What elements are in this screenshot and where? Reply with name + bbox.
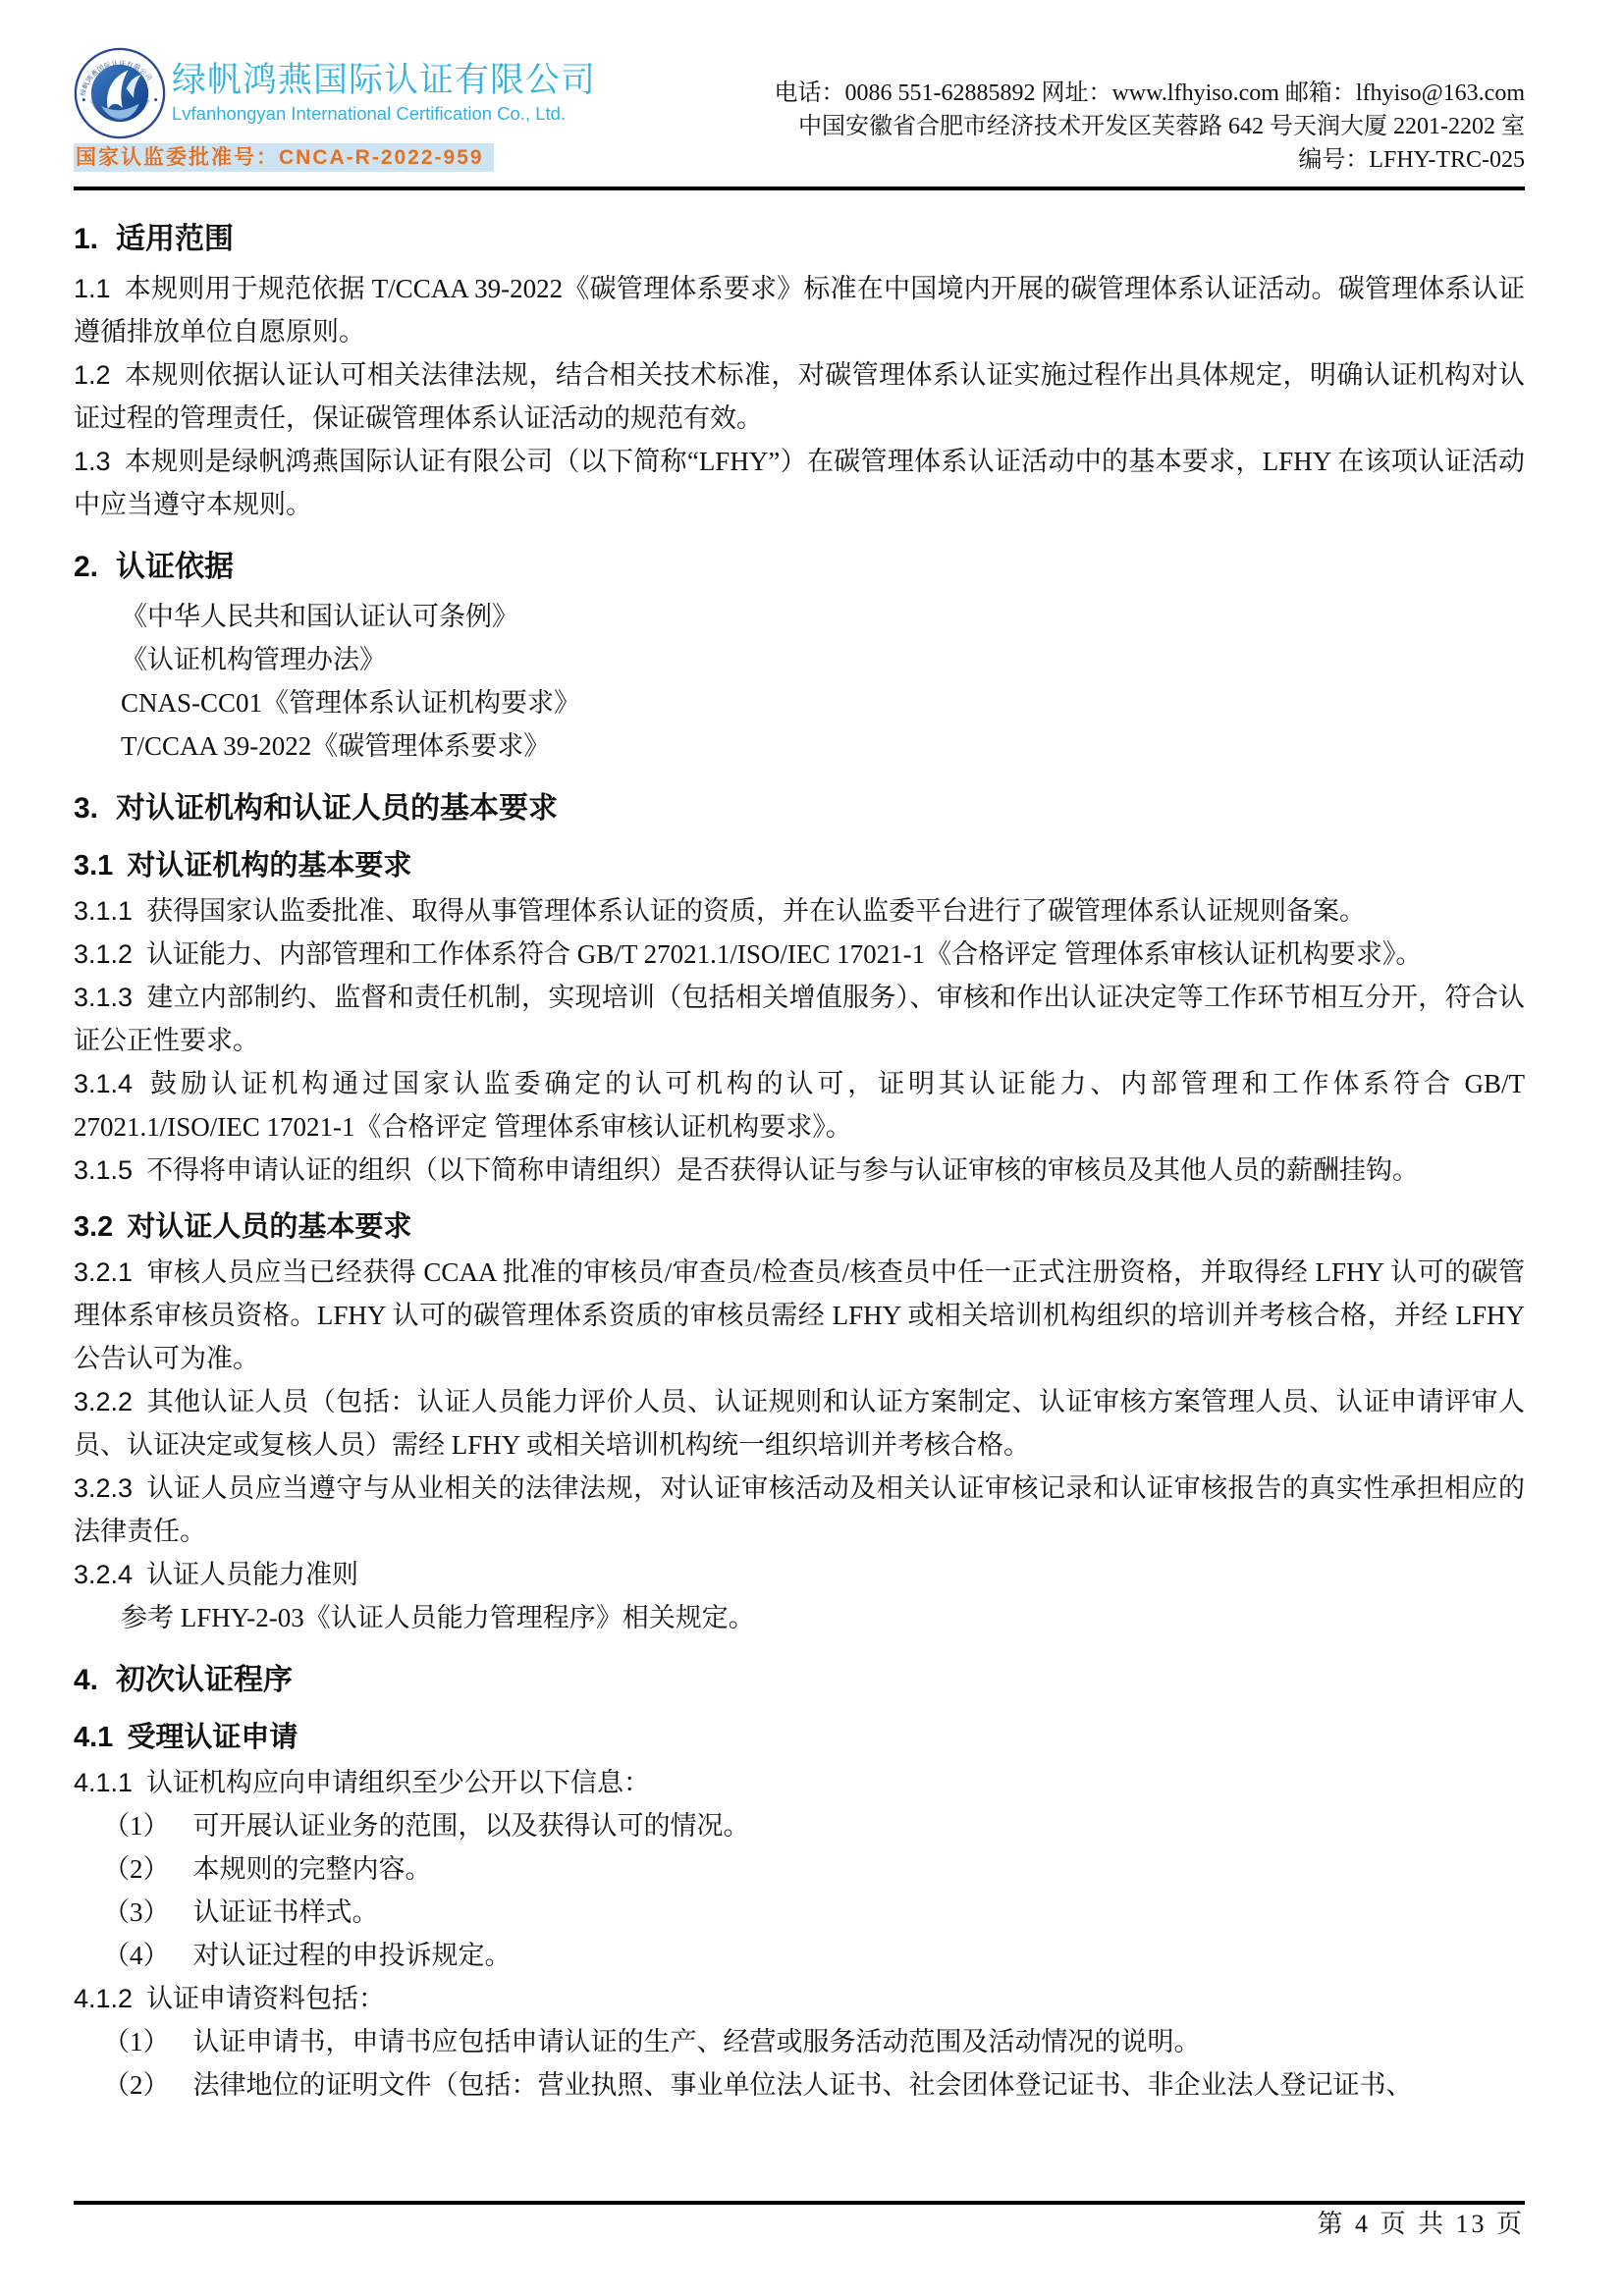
section-heading: 4.初次认证程序 [74,1659,1525,1702]
paragraph: 4.1.2认证申请资料包括： [74,1977,1525,2020]
clause-text: 认证申请书，申请书应包括申请认证的生产、经营或服务活动范围及活动情况的说明。 [193,2027,1201,2056]
clause-text: 认证证书样式。 [193,1897,379,1927]
company-name-cn: 绿帆鸿燕国际认证有限公司 [172,60,596,101]
header-contact-block: 电话：0086 551-62885892 网址：www.lfhyiso.com … [774,47,1525,177]
clause-number: 3.2.3 [74,1473,133,1503]
clause-number: （4） [103,1941,170,1970]
clause-number: 2. [74,551,98,583]
header-brand-block: 绿帆鸿燕国际认证有限公司 LVFANHONGYAN INTERNATIONAL … [74,47,596,172]
clause-number: 3.2.4 [74,1560,133,1589]
clause-text: 建立内部制约、监督和责任机制，实现培训（包括相关增值服务）、审核和作出认证决定等… [74,983,1525,1055]
paragraph: 3.1.1获得国家认监委批准、取得从事管理体系认证的资质，并在认监委平台进行了碳… [74,889,1525,933]
clause-text: 本规则依据认证认可相关法律法规，结合相关技术标准，对碳管理体系认证实施过程作出具… [74,360,1525,433]
clause-number: 4.1.2 [74,1984,133,2013]
clause-text: 认证依据 [116,551,234,583]
page-number: 第 4 页 共 13 页 [1317,2209,1525,2240]
section-heading: 3.对认证机构和认证人员的基本要求 [74,787,1525,830]
clause-number: 1.2 [74,360,111,390]
paragraph: 3.1.3建立内部制约、监督和责任机制，实现培训（包括相关增值服务）、审核和作出… [74,976,1525,1062]
paragraph: 1.2本规则依据认证认可相关法律法规，结合相关技术标准，对碳管理体系认证实施过程… [74,353,1525,440]
clause-text: 对认证机构的基本要求 [127,850,411,881]
subsection-heading: 3.2对认证人员的基本要求 [74,1205,1525,1249]
footer-divider [74,2201,1525,2205]
section-heading: 2.认证依据 [74,546,1525,589]
paragraph: 3.2.4认证人员能力准则 [74,1553,1525,1596]
paragraph: 3.1.2认证能力、内部管理和工作体系符合 GB/T 27021.1/ISO/I… [74,933,1525,976]
logo-row: 绿帆鸿燕国际认证有限公司 LVFANHONGYAN INTERNATIONAL … [74,47,596,139]
subsection-heading: 4.1受理认证申请 [74,1716,1525,1759]
paragraph: 3.2.1审核人员应当已经获得 CCAA 批准的审核员/审查员/检查员/核查员中… [74,1251,1525,1380]
reference-line: T/CCAA 39-2022《碳管理体系要求》 [74,724,1525,768]
clause-number: 3.2 [74,1211,113,1243]
contact-line: 电话：0086 551-62885892 网址：www.lfhyiso.com … [774,77,1525,110]
reference-line: 参考 LFHY-2-03《认证人员能力管理程序》相关规定。 [74,1596,1525,1639]
clause-text: 法律地位的证明文件（包括：营业执照、事业单位法人证书、社会团体登记证书、非企业法… [193,2070,1413,2100]
clause-text: 对认证人员的基本要求 [127,1211,411,1243]
document-body: 1.适用范围1.1本规则用于规范依据 T/CCAA 39-2022《碳管理体系要… [74,198,1525,2107]
list-item: （3）认证证书样式。 [74,1891,1525,1934]
clause-text: T/CCAA 39-2022《碳管理体系要求》 [121,731,550,761]
reference-line: CNAS-CC01《管理体系认证机构要求》 [74,681,1525,724]
reference-line: 《中华人民共和国认证认可条例》 [74,595,1525,638]
clause-number: 3.1.3 [74,983,133,1012]
clause-text: 不得将申请认证的组织（以下简称申请组织）是否获得认证与参与认证审核的审核员及其他… [146,1155,1419,1185]
clause-text: 《中华人民共和国认证认可条例》 [121,602,518,631]
clause-number: （1） [103,2027,170,2056]
clause-text: 对认证过程的申投诉规定。 [193,1941,512,1970]
clause-text: 初次认证程序 [116,1664,293,1696]
list-item: （1）认证申请书，申请书应包括申请认证的生产、经营或服务活动范围及活动情况的说明… [74,2020,1525,2063]
page: { "header": { "company_name_cn": "绿帆鸿燕国际… [0,0,1624,2296]
clause-number: （2） [103,2070,170,2100]
address-line: 中国安徽省合肥市经济技术开发区芙蓉路 642 号天润大厦 2201-2202 室 [774,110,1525,143]
paragraph: 3.2.2其他认证人员（包括：认证人员能力评价人员、认证规则和认证方案制定、认证… [74,1380,1525,1467]
clause-number: 3.1.5 [74,1155,133,1185]
clause-number: 3.1.2 [74,939,133,969]
clause-text: 本规则的完整内容。 [193,1854,432,1884]
list-item: （2）本规则的完整内容。 [74,1847,1525,1891]
clause-text: 受理认证申请 [127,1722,298,1753]
company-logo-icon: 绿帆鸿燕国际认证有限公司 LVFANHONGYAN INTERNATIONAL … [74,47,166,139]
clause-number: 4. [74,1664,98,1696]
list-item: （2）法律地位的证明文件（包括：营业执照、事业单位法人证书、社会团体登记证书、非… [74,2063,1525,2107]
clause-text: 认证人员能力准则 [146,1560,358,1589]
company-name-en: Lvfanhongyan International Certification… [172,101,596,127]
clause-text: 适用范围 [116,223,234,255]
clause-number: 1.1 [74,274,111,303]
clause-number: 3.2.1 [74,1257,133,1287]
clause-text: 本规则是绿帆鸿燕国际认证有限公司（以下简称“LFHY”）在碳管理体系认证活动中的… [74,447,1525,519]
clause-text: 对认证机构和认证人员的基本要求 [116,792,558,825]
paragraph: 1.1本规则用于规范依据 T/CCAA 39-2022《碳管理体系要求》标准在中… [74,267,1525,353]
company-names: 绿帆鸿燕国际认证有限公司 Lvfanhongyan International … [172,60,596,127]
approval-number-badge: 国家认监委批准号：CNCA-R-2022-959 [74,143,494,172]
paragraph: 3.1.4鼓励认证机构通过国家认监委确定的认可机构的认可，证明其认证能力、内部管… [74,1062,1525,1148]
clause-number: 3.1 [74,850,113,881]
clause-text: 认证人员应当遵守与从业相关的法律法规，对认证审核活动及相关认证审核记录和认证审核… [74,1473,1525,1546]
doc-number: 编号：LFHY-TRC-025 [774,143,1525,177]
clause-text: 其他认证人员（包括：认证人员能力评价人员、认证规则和认证方案制定、认证审核方案管… [74,1387,1525,1460]
clause-text: 可开展认证业务的范围，以及获得认可的情况。 [193,1811,750,1841]
reference-line: 《认证机构管理办法》 [74,638,1525,681]
clause-number: 1.3 [74,447,111,476]
paragraph: 4.1.1认证机构应向申请组织至少公开以下信息： [74,1761,1525,1804]
paragraph: 1.3本规则是绿帆鸿燕国际认证有限公司（以下简称“LFHY”）在碳管理体系认证活… [74,440,1525,526]
clause-text: 鼓励认证机构通过国家认监委确定的认可机构的认可，证明其认证能力、内部管理和工作体… [74,1069,1525,1142]
clause-number: 3. [74,792,98,825]
clause-text: 参考 LFHY-2-03《认证人员能力管理程序》相关规定。 [121,1603,755,1632]
clause-text: 《认证机构管理办法》 [121,645,386,674]
clause-number: 4.1.1 [74,1768,133,1797]
clause-text: 审核人员应当已经获得 CCAA 批准的审核员/审查员/检查员/核查员中任一正式注… [74,1257,1525,1373]
page-header: 绿帆鸿燕国际认证有限公司 LVFANHONGYAN INTERNATIONAL … [74,47,1525,177]
clause-number: 1. [74,223,98,255]
clause-text: 认证申请资料包括： [146,1984,385,2013]
clause-number: （2） [103,1854,170,1884]
clause-number: （1） [103,1811,170,1841]
list-item: （4）对认证过程的申投诉规定。 [74,1934,1525,1977]
subsection-heading: 3.1对认证机构的基本要求 [74,844,1525,887]
clause-number: 3.2.2 [74,1387,133,1416]
paragraph: 3.1.5不得将申请认证的组织（以下简称申请组织）是否获得认证与参与认证审核的审… [74,1148,1525,1192]
section-heading: 1.适用范围 [74,218,1525,261]
clause-text: CNAS-CC01《管理体系认证机构要求》 [121,688,580,718]
list-item: （1）可开展认证业务的范围，以及获得认可的情况。 [74,1804,1525,1847]
clause-number: （3） [103,1897,170,1927]
header-divider [74,187,1525,190]
clause-number: 4.1 [74,1722,113,1753]
clause-number: 3.1.4 [74,1069,133,1098]
clause-number: 3.1.1 [74,896,133,926]
clause-text: 认证能力、内部管理和工作体系符合 GB/T 27021.1/ISO/IEC 17… [146,939,1422,969]
clause-text: 获得国家认监委批准、取得从事管理体系认证的资质，并在认监委平台进行了碳管理体系认… [146,896,1366,926]
clause-text: 本规则用于规范依据 T/CCAA 39-2022《碳管理体系要求》标准在中国境内… [74,274,1525,347]
paragraph: 3.2.3认证人员应当遵守与从业相关的法律法规，对认证审核活动及相关认证审核记录… [74,1467,1525,1553]
clause-text: 认证机构应向申请组织至少公开以下信息： [146,1768,650,1797]
